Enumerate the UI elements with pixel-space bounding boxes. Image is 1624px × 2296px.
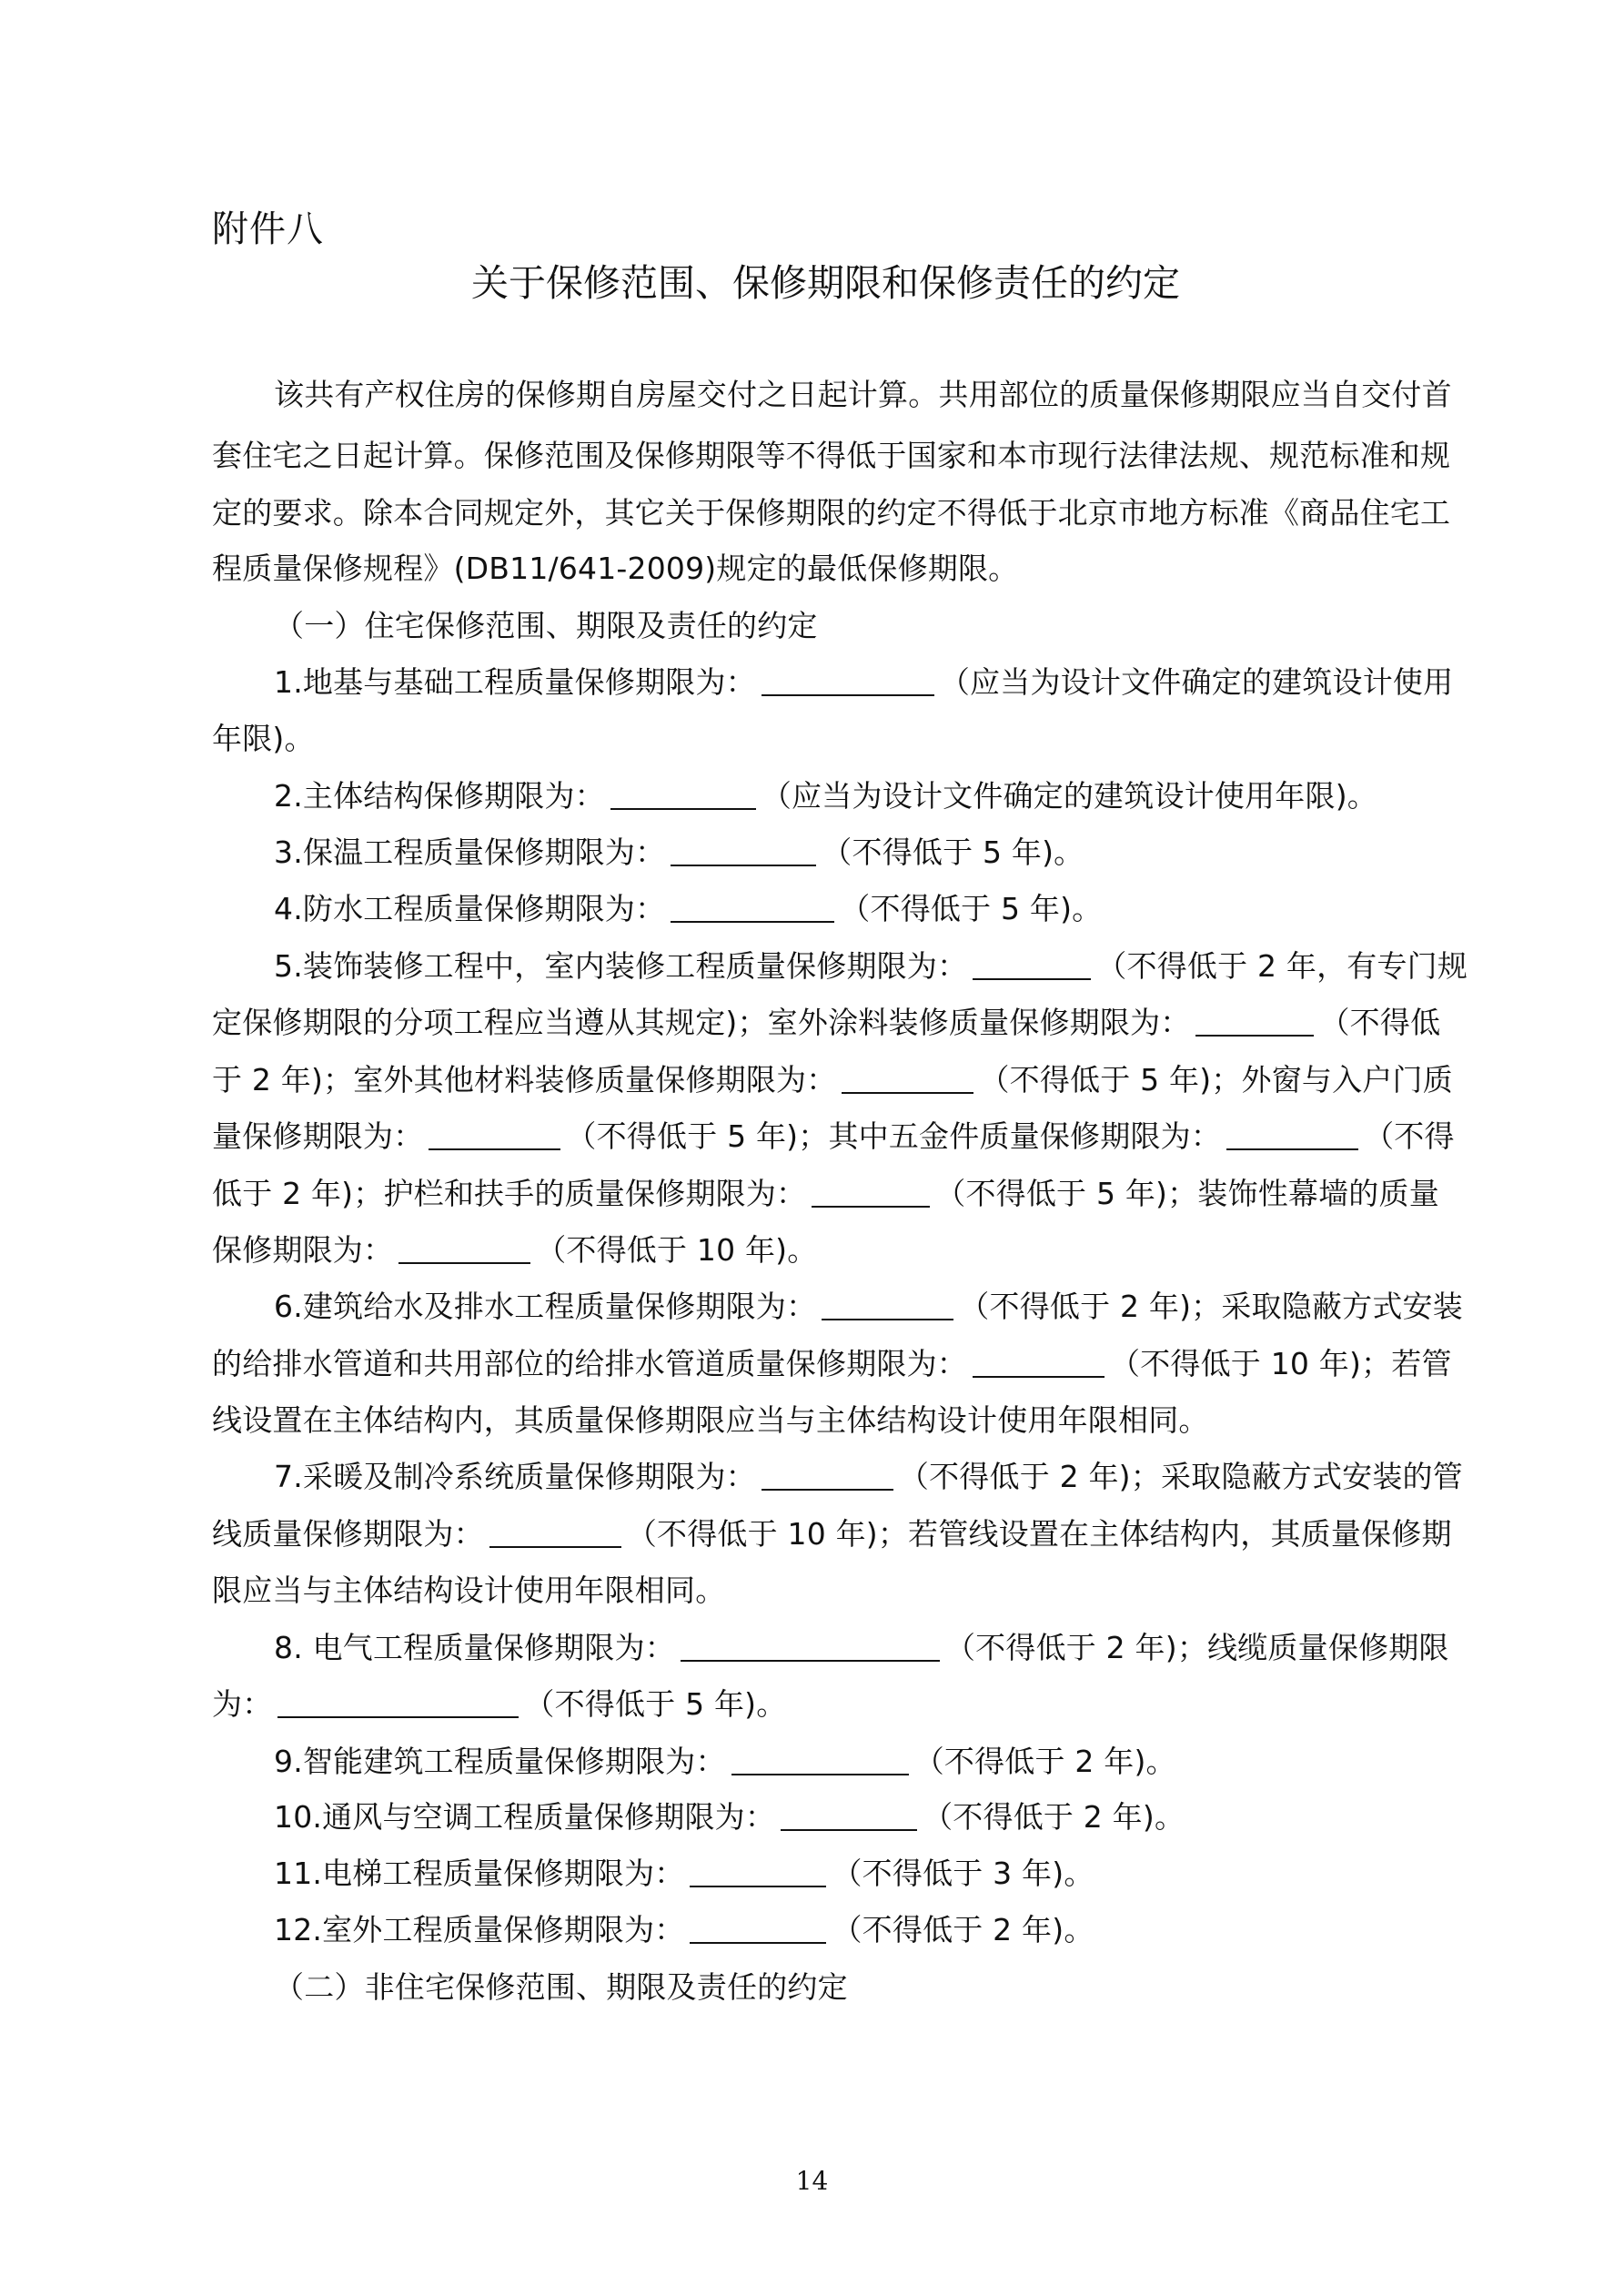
text-segment: （不得低于 2 年，有专门规	[1096, 948, 1468, 984]
text-segment: 5.装饰装修工程中，室内装修工程质量保修期限为：	[274, 948, 967, 984]
text-segment: （不得低于 2 年)；采取隐蔽方式安装的管	[899, 1459, 1463, 1494]
text-line: 限应当与主体结构设计使用年限相同。	[212, 1571, 1431, 1611]
text-line: 8. 电气工程质量保修期限为：（不得低于 2 年)；线缆质量保修期限	[212, 1628, 1431, 1668]
fill-in-blank	[690, 1915, 826, 1944]
fill-in-blank	[489, 1519, 621, 1548]
fill-in-blank	[671, 837, 816, 866]
text-line: 保修期限为：（不得低于 10 年)。	[212, 1230, 1431, 1270]
fill-in-blank	[671, 894, 834, 923]
text-segment: 于 2 年)；室外其他材料装修质量保修期限为：	[212, 1062, 836, 1097]
text-line: 4.防水工程质量保修期限为：（不得低于 5 年)。	[212, 889, 1431, 929]
text-line: 线质量保修期限为：（不得低于 10 年)；若管线设置在主体结构内，其质量保修期	[212, 1514, 1431, 1554]
text-segment: 9.智能建筑工程质量保修期限为：	[274, 1744, 726, 1779]
text-line: 为：（不得低于 5 年)。	[212, 1684, 1431, 1725]
text-line: 套住宅之日起计算。保修范围及保修期限等不得低于国家和本市现行法律法规、规范标准和…	[212, 436, 1431, 476]
text-line: 年限)。	[212, 719, 1431, 759]
text-segment: 10.通风与空调工程质量保修期限为：	[274, 1799, 775, 1835]
text-segment: （不得低于 5 年)；其中五金件质量保修期限为：	[566, 1118, 1221, 1154]
text-segment: 6.建筑给水及排水工程质量保修期限为：	[274, 1289, 816, 1324]
text-segment: （不得低于 10 年)；若管	[1110, 1346, 1452, 1381]
text-segment: （不得低于 5 年)。	[822, 834, 1084, 870]
fill-in-blank	[610, 781, 756, 810]
text-segment: 1.地基与基础工程质量保修期限为：	[274, 664, 756, 700]
text-segment: （不得	[1364, 1118, 1455, 1154]
fill-in-blank	[1226, 1121, 1358, 1150]
fill-in-blank	[429, 1121, 560, 1150]
text-line: 2.主体结构保修期限为：（应当为设计文件确定的建筑设计使用年限)。	[212, 776, 1431, 816]
text-line: 该共有产权住房的保修期自房屋交付之日起计算。共用部位的质量保修期限应当自交付首	[212, 375, 1431, 415]
text-line: （一）住宅保修范围、期限及责任的约定	[212, 606, 1431, 646]
text-segment: 年限)。	[212, 721, 315, 756]
text-line: 线设置在主体结构内，其质量保修期限应当与主体结构设计使用年限相同。	[212, 1401, 1431, 1441]
fill-in-blank	[973, 1349, 1105, 1378]
fill-in-blank	[973, 951, 1091, 980]
fill-in-blank	[1195, 1007, 1314, 1037]
text-segment: 定的要求。除本合同规定外，其它关于保修期限的约定不得低于北京市地方标准《商品住宅…	[212, 495, 1450, 531]
text-line: 6.建筑给水及排水工程质量保修期限为：（不得低于 2 年)；采取隐蔽方式安装	[212, 1287, 1431, 1327]
text-segment: 4.防水工程质量保修期限为：	[274, 891, 665, 926]
fill-in-blank	[762, 667, 934, 696]
text-segment: 套住宅之日起计算。保修范围及保修期限等不得低于国家和本市现行法律法规、规范标准和…	[212, 438, 1450, 473]
text-segment: 2.主体结构保修期限为：	[274, 778, 605, 814]
text-segment: 量保修期限为：	[212, 1118, 423, 1154]
text-segment: 该共有产权住房的保修期自房屋交付之日起计算。共用部位的质量保修期限应当自交付首	[274, 377, 1452, 412]
fill-in-blank	[731, 1746, 909, 1775]
text-segment: 线质量保修期限为：	[212, 1516, 484, 1552]
text-line: 的给排水管道和共用部位的给排水管道质量保修期限为：（不得低于 10 年)；若管	[212, 1344, 1431, 1384]
text-segment: 为：	[212, 1686, 272, 1722]
text-segment: 程质量保修规程》(DB11/641-2009)规定的最低保修期限。	[212, 551, 1018, 586]
text-segment: 定保修期限的分项工程应当遵从其规定)；室外涂料装修质量保修期限为：	[212, 1005, 1190, 1040]
text-segment: 7.采暖及制冷系统质量保修期限为：	[274, 1459, 756, 1494]
text-segment: （不得低	[1319, 1005, 1440, 1040]
text-line: 5.装饰装修工程中，室内装修工程质量保修期限为：（不得低于 2 年，有专门规	[212, 946, 1431, 986]
document-page: 附件八 关于保修范围、保修期限和保修责任的约定 该共有产权住房的保修期自房屋交付…	[0, 0, 1624, 2296]
text-line: 定的要求。除本合同规定外，其它关于保修期限的约定不得低于北京市地方标准《商品住宅…	[212, 493, 1431, 533]
document-title: 关于保修范围、保修期限和保修责任的约定	[0, 258, 1624, 308]
text-segment: （不得低于 10 年)；若管线设置在主体结构内，其质量保修期	[627, 1516, 1452, 1552]
text-line: 于 2 年)；室外其他材料装修质量保修期限为：（不得低于 5 年)；外窗与入户门…	[212, 1060, 1431, 1100]
text-line: 7.采暖及制冷系统质量保修期限为：（不得低于 2 年)；采取隐蔽方式安装的管	[212, 1457, 1431, 1497]
fill-in-blank	[398, 1235, 530, 1264]
text-segment: （应当为设计文件确定的建筑设计使用	[940, 664, 1453, 700]
text-segment: 的给排水管道和共用部位的给排水管道质量保修期限为：	[212, 1346, 967, 1381]
text-segment: 保修期限为：	[212, 1232, 393, 1268]
text-line: （二）非住宅保修范围、期限及责任的约定	[212, 1967, 1431, 2008]
fill-in-blank	[822, 1291, 953, 1320]
text-line: 9.智能建筑工程质量保修期限为：（不得低于 2 年)。	[212, 1742, 1431, 1782]
text-segment: 3.保温工程质量保修期限为：	[274, 834, 665, 870]
fill-in-blank	[762, 1462, 893, 1491]
text-segment: （一）住宅保修范围、期限及责任的约定	[274, 608, 818, 643]
text-segment: （不得低于 5 年)；装饰性幕墙的质量	[935, 1176, 1439, 1211]
text-segment: 低于 2 年)；护栏和扶手的质量保修期限为：	[212, 1176, 806, 1211]
text-segment: （不得低于 2 年)；线缆质量保修期限	[945, 1630, 1449, 1665]
text-line: 低于 2 年)；护栏和扶手的质量保修期限为：（不得低于 5 年)；装饰性幕墙的质…	[212, 1174, 1431, 1214]
fill-in-blank	[812, 1178, 930, 1208]
text-segment: 8. 电气工程质量保修期限为：	[274, 1630, 675, 1665]
fill-in-blank	[681, 1633, 940, 1662]
page-number: 14	[0, 2166, 1624, 2196]
fill-in-blank	[781, 1802, 917, 1831]
text-line: 12.室外工程质量保修期限为：（不得低于 2 年)。	[212, 1910, 1431, 1950]
text-line: 10.通风与空调工程质量保修期限为：（不得低于 2 年)。	[212, 1797, 1431, 1837]
text-segment: 11.电梯工程质量保修期限为：	[274, 1856, 684, 1891]
text-segment: （应当为设计文件确定的建筑设计使用年限)。	[762, 778, 1377, 814]
text-line: 量保修期限为：（不得低于 5 年)；其中五金件质量保修期限为：（不得	[212, 1117, 1431, 1157]
fill-in-blank	[842, 1065, 973, 1094]
text-segment: （不得低于 2 年)。	[914, 1744, 1176, 1779]
text-segment: 线设置在主体结构内，其质量保修期限应当与主体结构设计使用年限相同。	[212, 1402, 1209, 1438]
text-line: 3.保温工程质量保修期限为：（不得低于 5 年)。	[212, 833, 1431, 873]
text-line: 11.电梯工程质量保修期限为：（不得低于 3 年)。	[212, 1854, 1431, 1894]
text-line: 1.地基与基础工程质量保修期限为：（应当为设计文件确定的建筑设计使用	[212, 663, 1431, 703]
text-segment: （不得低于 5 年)；外窗与入户门质	[979, 1062, 1452, 1097]
fill-in-blank	[277, 1689, 519, 1718]
text-segment: （不得低于 2 年)；采取隐蔽方式安装	[959, 1289, 1463, 1324]
text-segment: （不得低于 5 年)。	[840, 891, 1102, 926]
text-segment: 12.室外工程质量保修期限为：	[274, 1912, 684, 1947]
text-segment: （不得低于 2 年)。	[832, 1912, 1094, 1947]
annex-label: 附件八	[212, 206, 324, 253]
text-segment: （不得低于 2 年)。	[923, 1799, 1185, 1835]
text-segment: （不得低于 5 年)。	[524, 1686, 786, 1722]
text-segment: （不得低于 10 年)。	[536, 1232, 817, 1268]
text-line: 程质量保修规程》(DB11/641-2009)规定的最低保修期限。	[212, 549, 1431, 589]
text-segment: 限应当与主体结构设计使用年限相同。	[212, 1573, 725, 1608]
text-segment: （不得低于 3 年)。	[832, 1856, 1094, 1891]
text-line: 定保修期限的分项工程应当遵从其规定)；室外涂料装修质量保修期限为：（不得低	[212, 1003, 1431, 1043]
fill-in-blank	[690, 1858, 826, 1887]
text-segment: （二）非住宅保修范围、期限及责任的约定	[274, 1969, 848, 2005]
